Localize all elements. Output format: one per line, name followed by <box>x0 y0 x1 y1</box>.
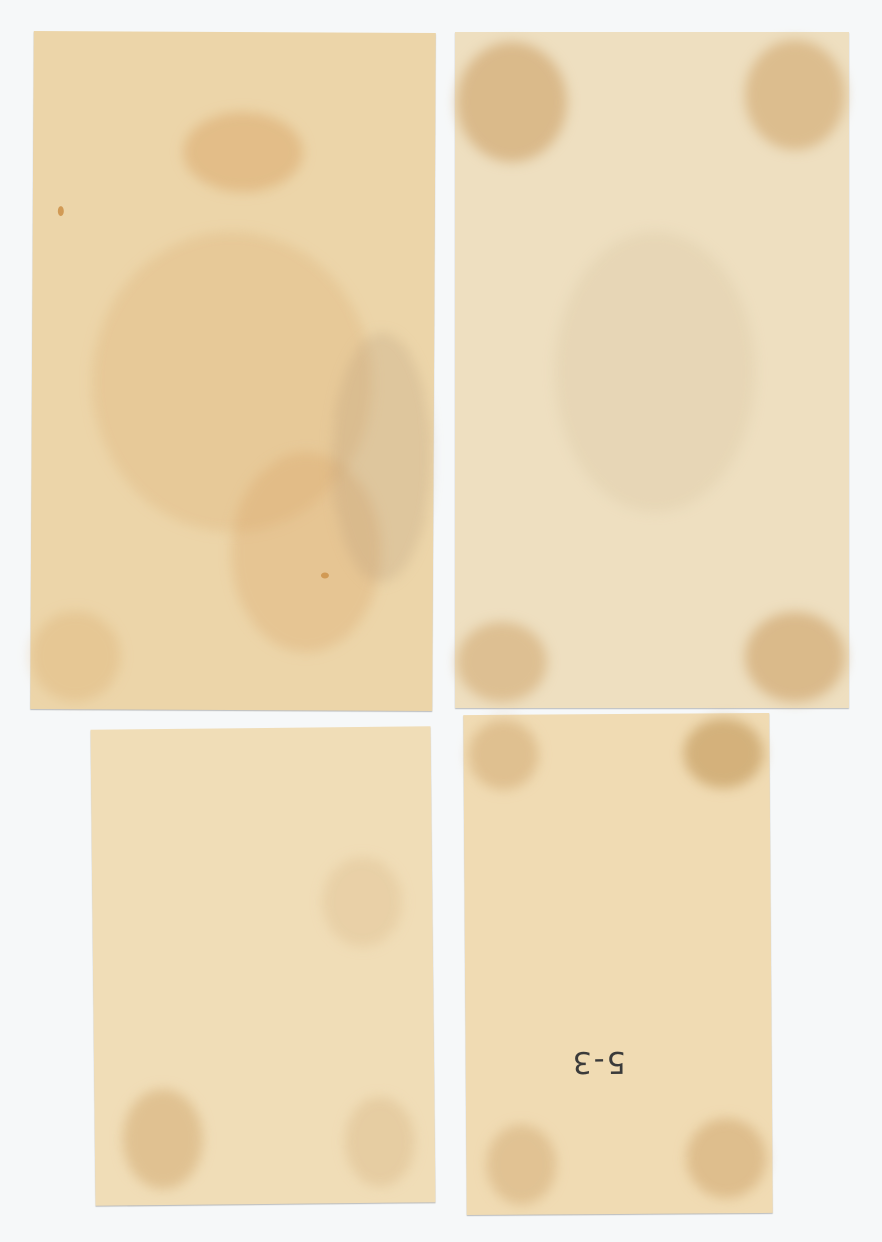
card-top-left <box>30 31 436 711</box>
speck <box>58 206 64 216</box>
corner-stain <box>486 1124 557 1204</box>
handwritten-annotation: 5-3 <box>571 1044 626 1079</box>
speck <box>321 572 329 578</box>
corner-stain <box>122 1089 203 1190</box>
water-mark <box>322 857 403 948</box>
foxing-stain <box>183 112 303 193</box>
water-mark <box>555 232 755 512</box>
corner-stain <box>745 40 845 150</box>
corner-stain <box>468 720 538 790</box>
foxing-stain <box>331 333 432 584</box>
card-bottom-left <box>91 726 436 1206</box>
foxing-stain <box>30 611 120 701</box>
card-bottom-right: 5-3 <box>463 713 772 1215</box>
card-top-right <box>455 32 849 708</box>
corner-stain <box>686 1118 767 1199</box>
corner-stain <box>457 42 567 162</box>
corner-stain <box>683 718 763 789</box>
corner-stain <box>344 1096 415 1187</box>
corner-stain <box>745 612 845 702</box>
corner-stain <box>457 622 547 702</box>
